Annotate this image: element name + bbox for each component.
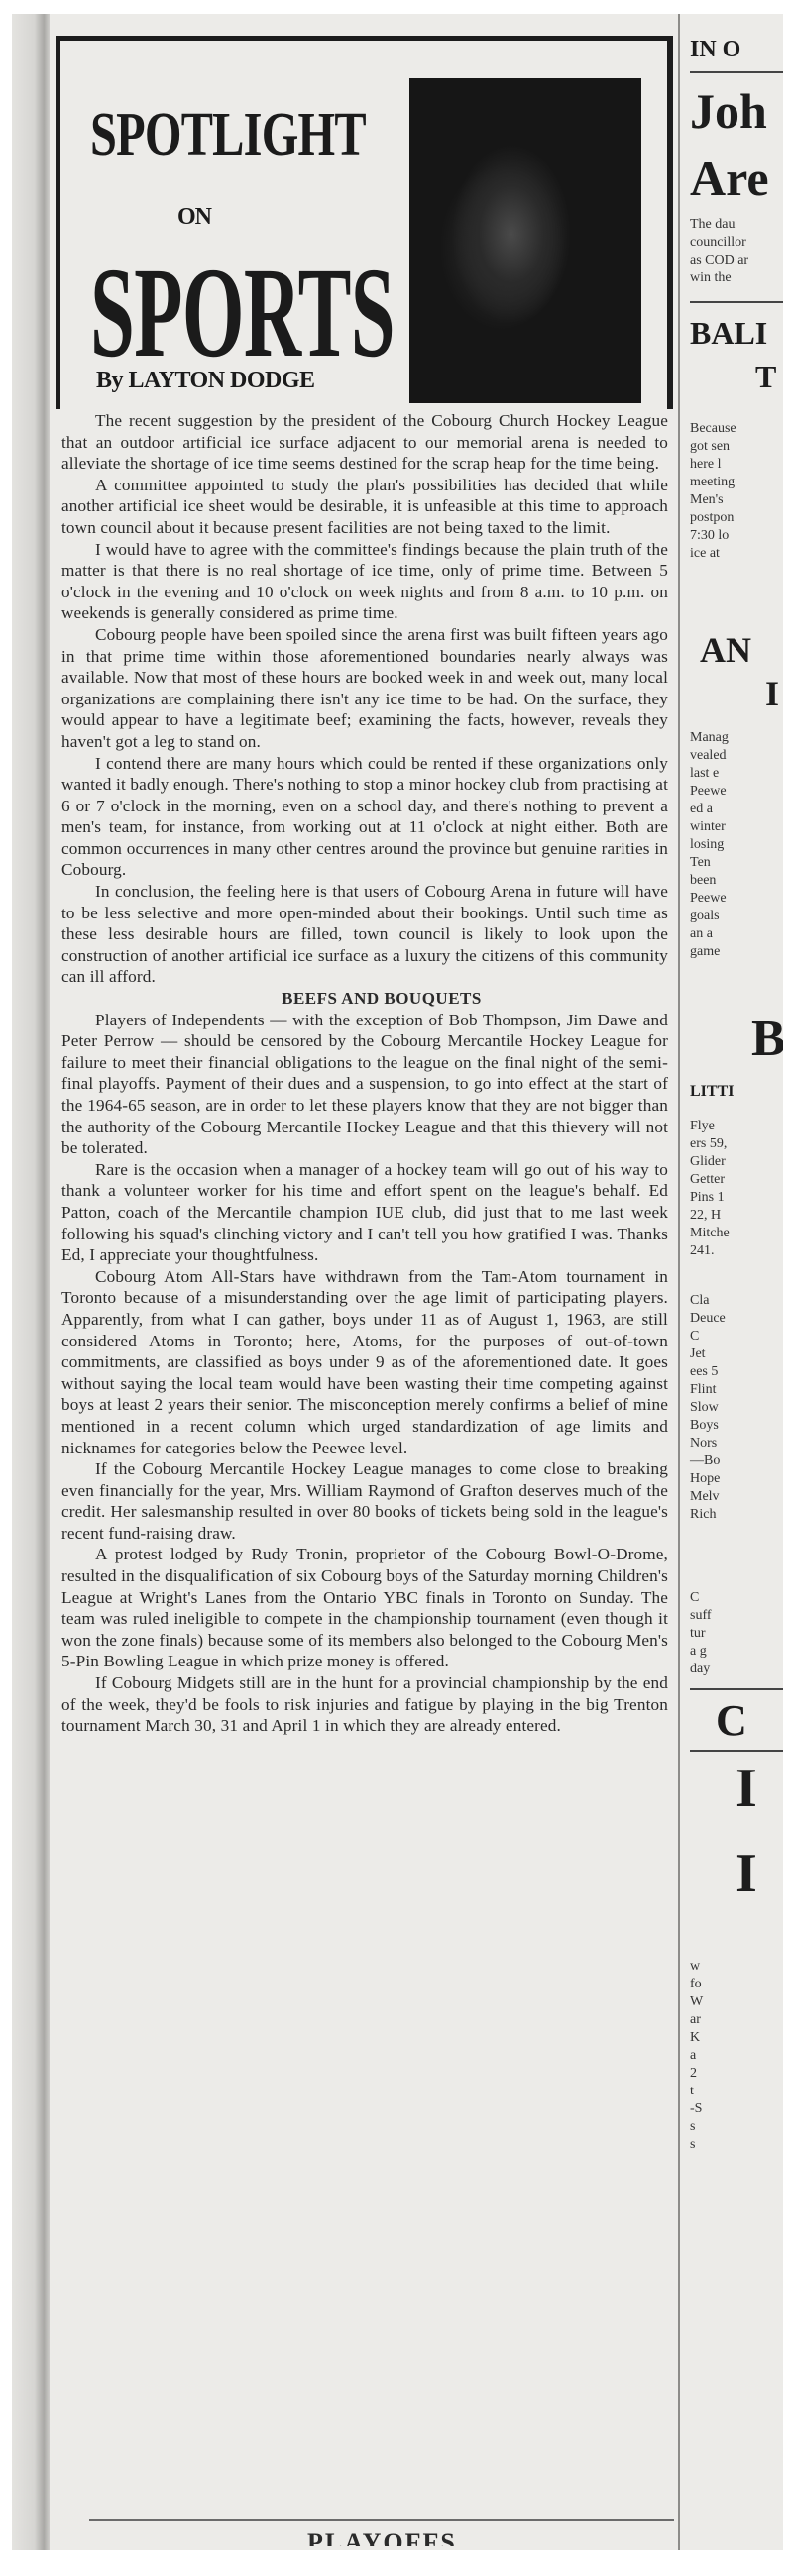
story-text: Flye: [690, 1118, 715, 1135]
story-text: been: [690, 872, 716, 890]
story-text: C: [690, 1589, 699, 1607]
story-text: —Bo: [690, 1452, 720, 1470]
story-text: Boys: [690, 1417, 719, 1435]
story-text: Glider: [690, 1153, 726, 1171]
subhead: LITTI: [690, 1084, 734, 1101]
story-text: w: [690, 1958, 700, 1976]
headline: B: [751, 1013, 783, 1067]
headline: BALI: [690, 317, 767, 351]
story-text: meeting: [690, 474, 735, 491]
article-paragraph: Cobourg people have been spoiled since t…: [61, 624, 668, 753]
story-text: a: [690, 2047, 696, 2065]
story-text: Flint: [690, 1381, 716, 1399]
story-text: Mitche: [690, 1225, 730, 1242]
story-text: W: [690, 1993, 703, 2011]
story-text: Pins 1: [690, 1189, 725, 1207]
story-text: suff: [690, 1607, 712, 1625]
headline: T: [755, 361, 776, 394]
article-paragraph: In conclusion, the feeling here is that …: [61, 881, 668, 988]
story-text: got sen: [690, 438, 730, 456]
headline: Joh: [690, 85, 767, 138]
newspaper-page: SPOTLIGHT ON SPORTS By LAYTON DODGE The …: [12, 14, 783, 2550]
headline: I: [765, 676, 779, 713]
story-text: Melv: [690, 1488, 720, 1506]
story-text: Because: [690, 420, 736, 438]
story-text: ers 59,: [690, 1135, 727, 1153]
story-text: winter: [690, 818, 726, 836]
article-paragraph: I contend there are many hours which cou…: [61, 753, 668, 882]
article-paragraph: If Cobourg Midgets still are in the hunt…: [61, 1672, 668, 1737]
sports-column: SPOTLIGHT ON SPORTS By LAYTON DODGE The …: [50, 14, 674, 2550]
byline: By LAYTON DODGE: [96, 368, 315, 394]
story-text: goals: [690, 908, 720, 925]
story-text: 7:30 lo: [690, 527, 729, 545]
headline: AN: [700, 632, 751, 670]
headline: I: [736, 1845, 757, 1903]
kicker-on: ON: [177, 204, 211, 231]
kicker-spotlight: SPOTLIGHT: [90, 100, 366, 170]
story-text: Rich: [690, 1506, 716, 1524]
story-text: postpon: [690, 509, 734, 527]
subhead-beefs-bouquets: BEEFS AND BOUQUETS: [61, 988, 668, 1010]
story-text: as COD ar: [690, 252, 748, 269]
story-text: Cla: [690, 1292, 709, 1310]
story-text: t: [690, 2083, 694, 2100]
story-text: fo: [690, 1976, 702, 1993]
columnist-photo: [409, 78, 641, 403]
story-text: here l: [690, 456, 721, 474]
story-text: C: [690, 1328, 699, 1345]
story-text: 241.: [690, 1242, 715, 1260]
story-text: win the: [690, 269, 732, 287]
story-text: K: [690, 2029, 700, 2047]
story-text: Hope: [690, 1470, 720, 1488]
page-edge-shadow: [12, 14, 50, 2550]
article-paragraph: A committee appointed to study the plan'…: [61, 475, 668, 539]
article-paragraph: I would have to agree with the committee…: [61, 539, 668, 624]
column-rule: [678, 14, 680, 2550]
column-divider: [690, 1688, 783, 1690]
headline: C: [716, 1698, 747, 1744]
column-divider: [690, 71, 783, 73]
headline: I: [736, 1760, 757, 1818]
article-paragraph: Players of Independents — with the excep…: [61, 1010, 668, 1159]
article-paragraph: The recent suggestion by the president o…: [61, 410, 668, 475]
story-text: an a: [690, 925, 713, 943]
article-paragraph: If the Cobourg Mercantile Hockey League …: [61, 1458, 668, 1544]
next-headline-partial: PLAYOFFS: [307, 2528, 457, 2546]
story-text: tur: [690, 1625, 706, 1643]
article-part-1: The recent suggestion by the president o…: [61, 410, 668, 988]
column-header-box: SPOTLIGHT ON SPORTS By LAYTON DODGE: [56, 36, 673, 409]
adjacent-column: IN OJohAreThe daucouncilloras COD arwin …: [686, 14, 783, 2550]
story-text: -S: [690, 2100, 702, 2118]
story-text: Peewe: [690, 783, 727, 801]
story-text: Peewe: [690, 890, 727, 908]
story-text: vealed: [690, 747, 727, 765]
story-text: Men's: [690, 491, 724, 509]
story-text: Nors: [690, 1435, 717, 1452]
story-text: Ten: [690, 854, 711, 872]
story-text: day: [690, 1661, 710, 1678]
column-divider: [690, 301, 783, 303]
story-text: The dau: [690, 216, 735, 234]
story-text: s: [690, 2118, 695, 2136]
story-text: councillor: [690, 234, 746, 252]
story-text: ees 5: [690, 1363, 718, 1381]
story-text: s: [690, 2136, 695, 2154]
story-text: losing: [690, 836, 724, 854]
story-text: Manag: [690, 729, 729, 747]
article-paragraph: Rare is the occasion when a manager of a…: [61, 1159, 668, 1266]
section-divider: [89, 2519, 674, 2521]
story-text: last e: [690, 765, 719, 783]
story-text: a g: [690, 1643, 707, 1661]
story-text: Slow: [690, 1399, 719, 1417]
story-text: Getter: [690, 1171, 725, 1189]
story-text: 2: [690, 2065, 697, 2083]
story-text: Jet: [690, 1345, 706, 1363]
story-text: ar: [690, 2011, 701, 2029]
article-part-2: Players of Independents — with the excep…: [61, 1010, 668, 1737]
story-text: Deuce: [690, 1310, 726, 1328]
column-divider: [690, 1750, 783, 1752]
article-body: The recent suggestion by the president o…: [61, 410, 668, 1737]
article-paragraph: Cobourg Atom All-Stars have withdrawn fr…: [61, 1266, 668, 1458]
headline: Are: [690, 153, 769, 205]
kicker-sports: SPORTS: [90, 249, 395, 377]
story-text: ice at: [690, 545, 720, 563]
story-text: 22, H: [690, 1207, 721, 1225]
section-label: IN O: [690, 38, 740, 62]
story-text: ed a: [690, 801, 713, 818]
story-text: game: [690, 943, 720, 961]
article-paragraph: A protest lodged by Rudy Tronin, proprie…: [61, 1544, 668, 1672]
